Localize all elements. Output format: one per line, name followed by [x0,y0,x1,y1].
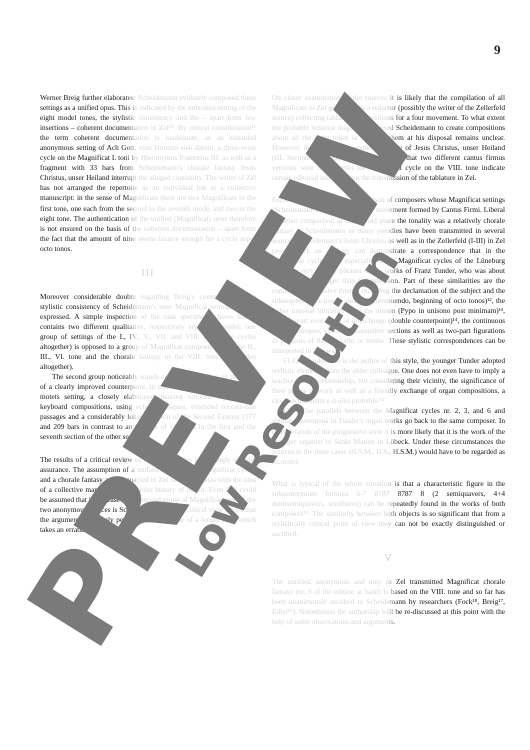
watermark-fade-overlay [125,90,400,730]
page-number: 9 [494,42,501,58]
document-page: 9 Werner Breig further elaborates: Schei… [0,0,530,750]
